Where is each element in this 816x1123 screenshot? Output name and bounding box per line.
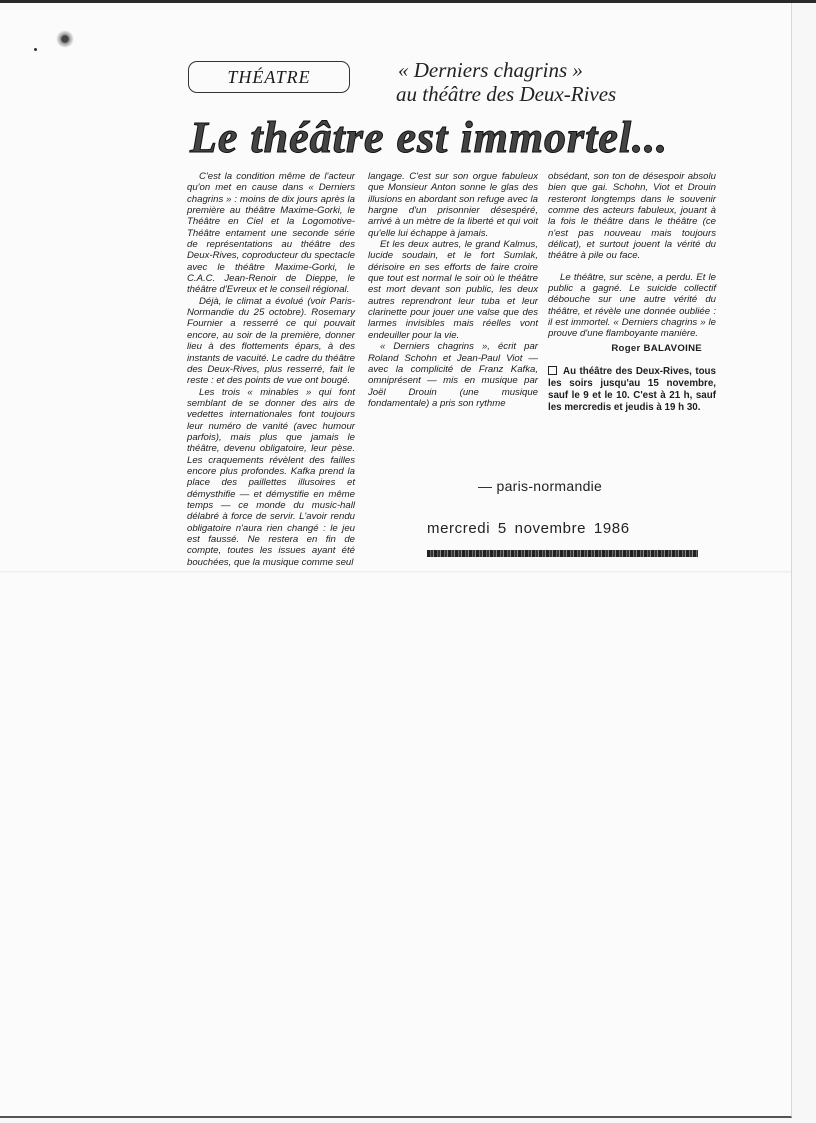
paragraph: obsédant, son ton de désespoir absolu bi… [548,171,716,262]
paragraph: « Derniers chagrins », écrit par Roland … [368,341,538,409]
kicker-line-2: au théâtre des Deux-Rives [396,82,616,106]
article-column-3: obsédant, son ton de désespoir absolu bi… [548,171,716,413]
article-column-1: C'est la condition même de l'acteur qu'o… [187,171,355,568]
paragraph: Le théâtre, sur scène, a perdu. Et le pu… [548,272,716,340]
publication-date: mercredi 5 novembre 1986 [427,520,630,537]
paragraph: Et les deux autres, le grand Kalmus, luc… [368,239,538,341]
kicker-line-1: « Derniers chagrins » [396,58,616,82]
article-headline: Le théâtre est immortel... [190,113,730,163]
article-kicker: « Derniers chagrins » au théâtre des Deu… [396,58,616,106]
ink-speck [34,48,37,51]
fold-crease [0,571,791,573]
article-column-2: langage. C'est sur son orgue fabuleux qu… [368,171,538,409]
date-rule-bar [427,550,698,557]
publication-name: — paris-normandie [478,478,602,494]
practical-info-text: Au théâtre des Deux-Rives, tous les soir… [548,366,716,412]
punch-hole-mark [56,30,74,48]
practical-info: Au théâtre des Deux-Rives, tous les soir… [548,366,716,413]
paragraph: Les trois « minables » qui font semblant… [187,387,355,569]
paragraph: C'est la condition même de l'acteur qu'o… [187,171,355,296]
paragraph: langage. C'est sur son orgue fabuleux qu… [368,171,538,239]
paragraph: Déjà, le climat a évolué (voir Paris-Nor… [187,296,355,387]
section-rubric: THÉATRE [188,61,350,93]
checkbox-square-icon [548,366,557,375]
author-signature: Roger BALAVOINE [548,343,716,354]
